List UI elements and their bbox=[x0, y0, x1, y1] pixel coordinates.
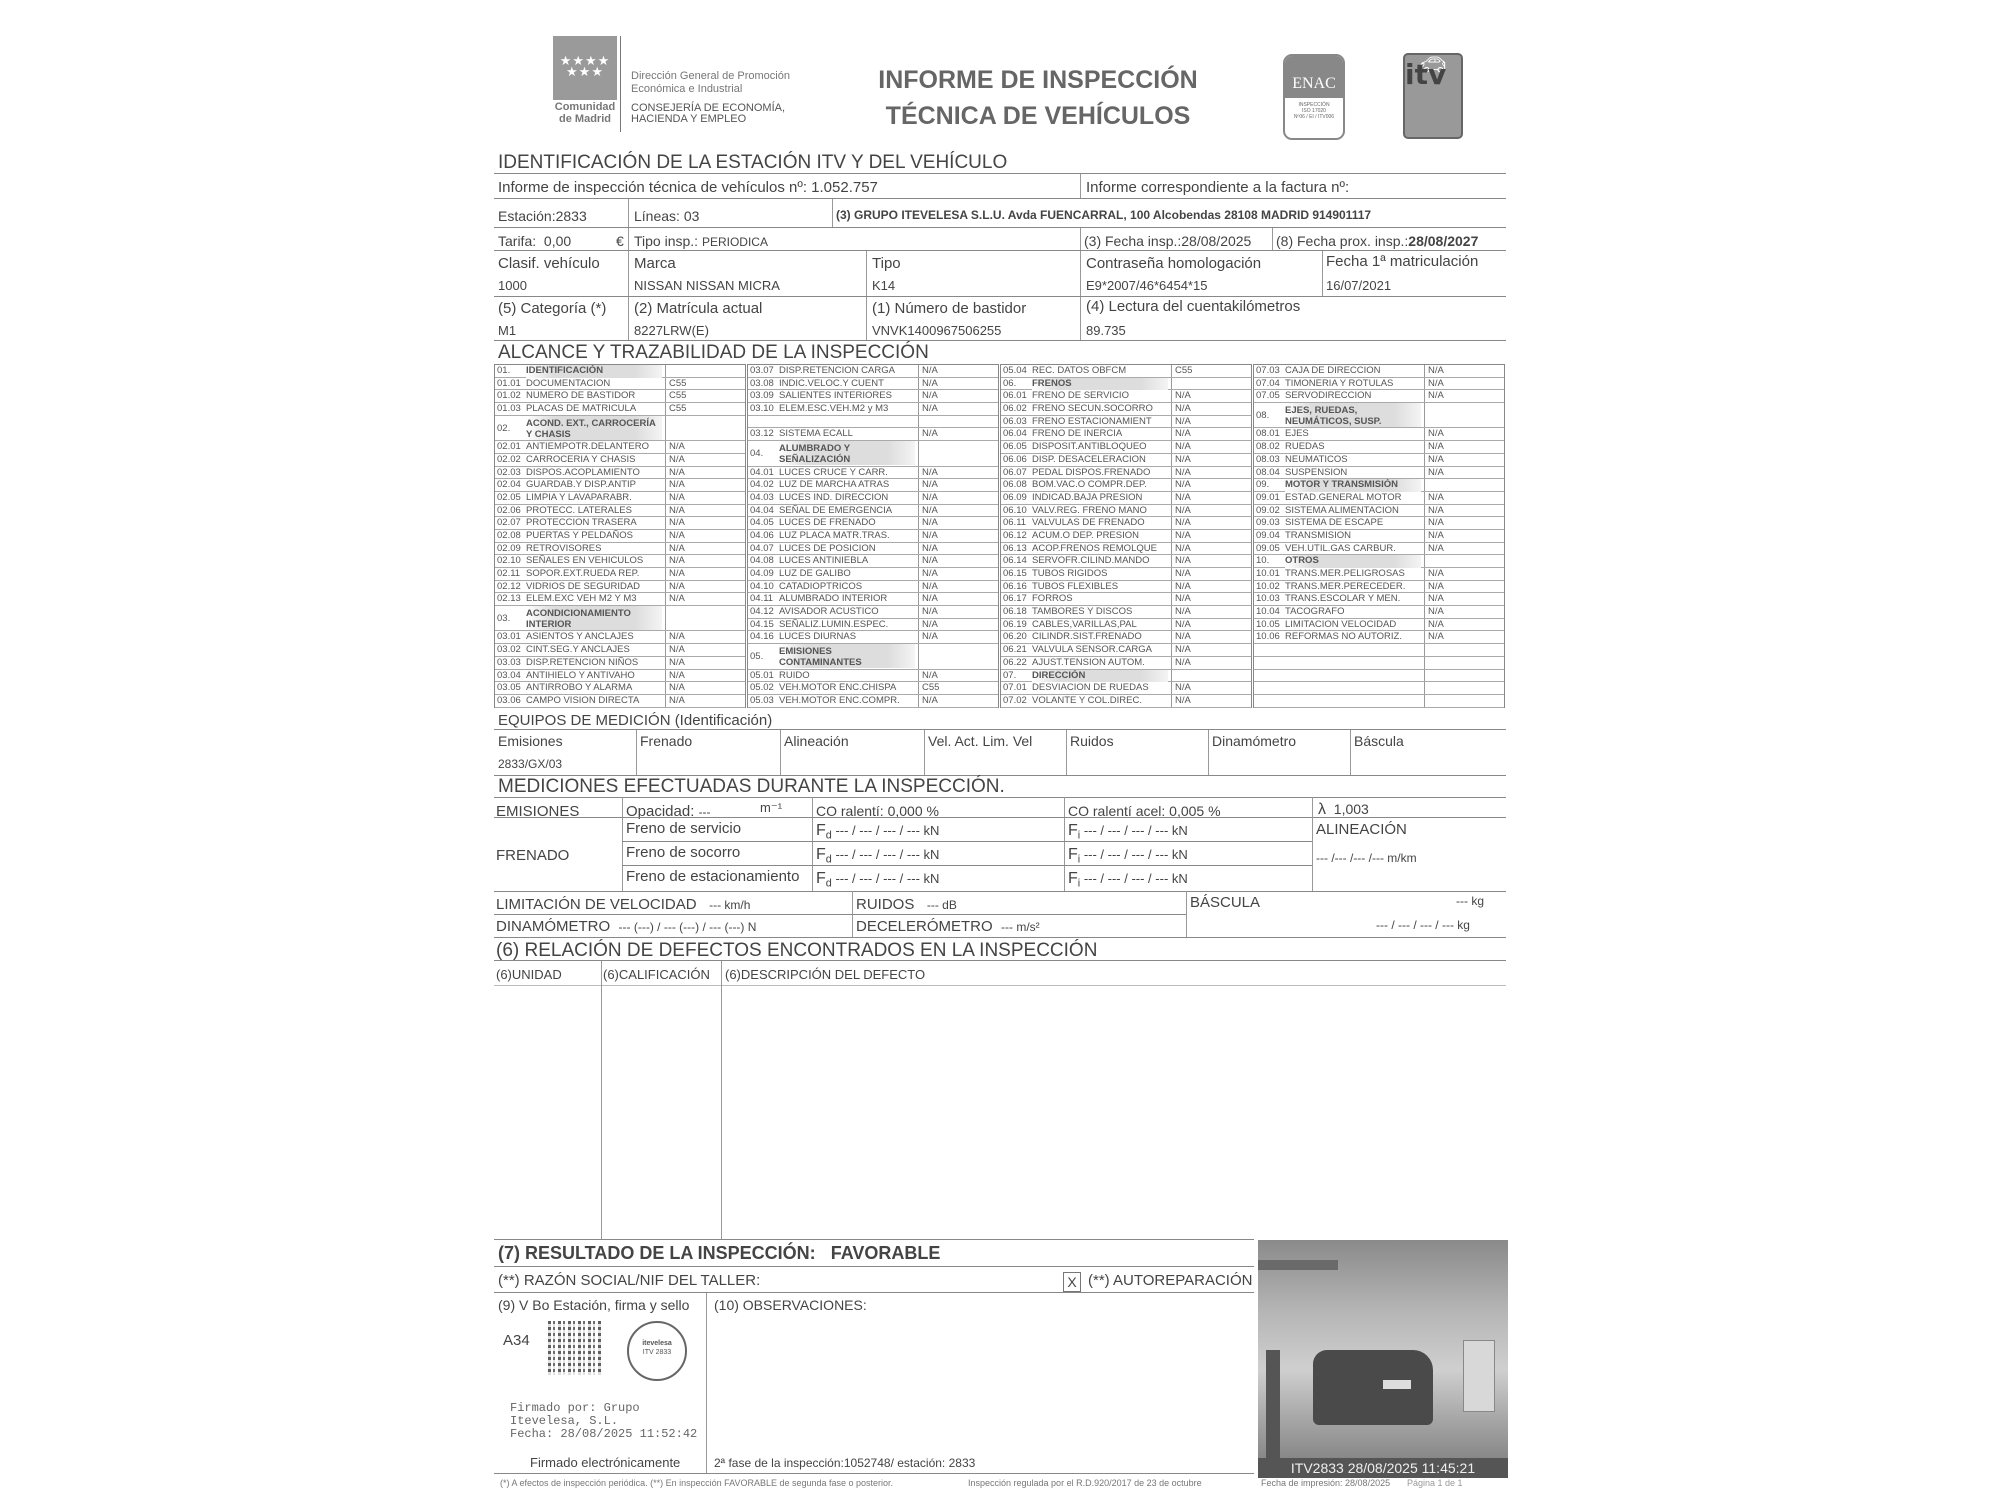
scope-result: N/A bbox=[1424, 441, 1508, 453]
scope-item: INDICAD.BAJA PRESION bbox=[1032, 492, 1192, 505]
equipment-header: Emisiones bbox=[498, 733, 563, 749]
scope-item: RUIDO bbox=[779, 670, 939, 683]
brake-label: Freno de servicio bbox=[626, 820, 741, 837]
scope-code: 04. bbox=[750, 441, 778, 466]
scope-row: 09.05VEH.UTIL.GAS CARBUR.N/A bbox=[1254, 543, 1504, 556]
divider bbox=[1272, 228, 1273, 250]
scope-row: 06.02FRENO SECUN.SOCORRON/A bbox=[1001, 403, 1251, 416]
fi-sub: i bbox=[1078, 878, 1080, 890]
scope-code: 04.09 bbox=[750, 568, 778, 581]
dg-line2: Económica e Industrial bbox=[631, 83, 790, 96]
first-registration-value: 16/07/2021 bbox=[1326, 278, 1391, 293]
scope-result: N/A bbox=[1424, 631, 1508, 643]
scope-result: N/A bbox=[918, 467, 1002, 479]
scope-item: IDENTIFICACIÓN bbox=[526, 365, 662, 378]
scope-item: NUMERO DE BASTIDOR bbox=[526, 390, 686, 403]
scope-result: N/A bbox=[665, 530, 749, 542]
scope-result: N/A bbox=[918, 517, 1002, 529]
lines: Líneas: 03 bbox=[634, 208, 699, 224]
logo-name-line2: de Madrid bbox=[542, 113, 628, 125]
scope-result: N/A bbox=[1171, 530, 1255, 542]
insp-date-label: (3) Fecha insp.: bbox=[1084, 233, 1181, 249]
report-number: Informe de inspección técnica de vehícul… bbox=[498, 179, 878, 196]
scope-item: LUZ PLACA MATR.TRAS. bbox=[779, 530, 939, 543]
scope-result: N/A bbox=[1424, 568, 1508, 580]
scope-row: 07.DIRECCIÓN bbox=[1001, 670, 1251, 683]
itv-badge: itv 🚗︎ bbox=[1403, 53, 1463, 139]
operator: (3) GRUPO ITEVELESA S.L.U. Avda FUENCARR… bbox=[836, 208, 1371, 222]
scope-row: 02.13ELEM.EXC VEH M2 Y M3N/A bbox=[495, 593, 745, 606]
self-repair-checkbox[interactable]: X bbox=[1063, 1272, 1081, 1292]
divider bbox=[494, 729, 1506, 730]
speed-limit: LIMITACIÓN DE VELOCIDAD --- km/h bbox=[496, 896, 750, 913]
scope-code: 04.11 bbox=[750, 593, 778, 606]
cons-line2: HACIENDA Y EMPLEO bbox=[631, 114, 785, 125]
scope-row: 06.03FRENO ESTACIONAMIENTN/A bbox=[1001, 416, 1251, 429]
scope-item: VIDRIOS DE SEGURIDAD bbox=[526, 581, 686, 594]
first-registration-label: Fecha 1ª matriculación bbox=[1326, 253, 1478, 270]
scope-row: 04.16LUCES DIURNASN/A bbox=[748, 631, 998, 644]
scope-row: 02.01ANTIEMPOTR.DELANTERON/A bbox=[495, 441, 745, 454]
scope-code: 06.20 bbox=[1003, 631, 1031, 644]
scope-code: 02.13 bbox=[497, 593, 525, 606]
scope-result: N/A bbox=[1424, 606, 1508, 618]
scope-row: 02.05LIMPIA Y LAVAPARABR.N/A bbox=[495, 492, 745, 505]
fee: Tarifa: 0,00 bbox=[498, 233, 571, 249]
next-date-value: 28/08/2027 bbox=[1408, 233, 1478, 249]
scope-code: 02.08 bbox=[497, 530, 525, 543]
scope-code: 06.13 bbox=[1003, 543, 1031, 556]
equipment-header: Dinamómetro bbox=[1212, 733, 1296, 749]
scope-item: SISTEMA DE ESCAPE bbox=[1285, 517, 1445, 530]
qr-code-icon bbox=[548, 1321, 602, 1375]
scope-result: N/A bbox=[665, 505, 749, 517]
scope-row: 06.01FRENO DE SERVICION/A bbox=[1001, 390, 1251, 403]
category-value: M1 bbox=[498, 323, 516, 338]
footer-note: (*) A efectos de inspección periódica. (… bbox=[500, 1478, 893, 1488]
decel-value: --- m/s² bbox=[1001, 920, 1040, 934]
scope-row: 09.04TRANSMISIONN/A bbox=[1254, 530, 1504, 543]
enac-badge: ENAC INSPECCIÓNISO 17020Nº06 / EI / ITV0… bbox=[1283, 54, 1345, 140]
scope-result: N/A bbox=[1424, 505, 1508, 517]
scope-row: 01.03PLACAS DE MATRICULAC55 bbox=[495, 403, 745, 416]
enac-sub: INSPECCIÓNISO 17020Nº06 / EI / ITV006 bbox=[1285, 98, 1343, 120]
fi-value: --- / --- / --- / --- kN bbox=[1084, 847, 1188, 862]
scope-row: 08.EJES, RUEDAS, NEUMÁTICOS, SUSP. bbox=[1254, 403, 1504, 428]
scope-code: 05. bbox=[750, 644, 778, 669]
scope-code: 07.01 bbox=[1003, 682, 1031, 695]
scope-row: 05.02VEH.MOTOR ENC.CHISPAC55 bbox=[748, 682, 998, 695]
scope-item: ASIENTOS Y ANCLAJES bbox=[526, 631, 686, 644]
scope-code: 06.05 bbox=[1003, 441, 1031, 454]
photo-beam bbox=[1258, 1260, 1338, 1270]
scope-row: 04.02LUZ DE MARCHA ATRASN/A bbox=[748, 479, 998, 492]
model-label: Tipo bbox=[872, 255, 901, 272]
scope-item: FRENO DE SERVICIO bbox=[1032, 390, 1192, 403]
scope-result: N/A bbox=[665, 467, 749, 479]
scope-code: 03.09 bbox=[750, 390, 778, 403]
consejeria-text: CONSEJERÍA DE ECONOMÍA,HACIENDA Y EMPLEO bbox=[631, 103, 785, 125]
scope-code: 04.10 bbox=[750, 581, 778, 594]
scope-row bbox=[748, 416, 998, 429]
fi-value: --- / --- / --- / --- kN bbox=[1084, 823, 1188, 838]
scope-item: DOCUMENTACION bbox=[526, 378, 686, 391]
scope-row: 06.21VALVULA SENSOR.CARGAN/A bbox=[1001, 644, 1251, 657]
self-repair-label: (**) AUTOREPARACIÓN bbox=[1088, 1272, 1252, 1289]
scope-row: 04.07LUCES DE POSICIONN/A bbox=[748, 543, 998, 556]
scope-result: N/A bbox=[1424, 390, 1508, 402]
scope-code: 03. bbox=[497, 606, 525, 631]
scope-result: N/A bbox=[918, 378, 1002, 390]
divider bbox=[1186, 891, 1187, 937]
scope-item: VALVULAS DE FRENADO bbox=[1032, 517, 1192, 530]
scope-item: ESTAD.GENERAL MOTOR bbox=[1285, 492, 1445, 505]
scope-item: FORROS bbox=[1032, 593, 1192, 606]
alignment-value: --- /--- /--- /--- m/km bbox=[1316, 851, 1417, 865]
photo-caption: ITV2833 28/08/2025 11:45:21 bbox=[1258, 1458, 1508, 1478]
scope-item: SUSPENSION bbox=[1285, 467, 1445, 480]
scope-code: 06.14 bbox=[1003, 555, 1031, 568]
scope-item: TRANSMISION bbox=[1285, 530, 1445, 543]
scope-row: 02.03DISPOS.ACOPLAMIENTON/A bbox=[495, 467, 745, 480]
scope-item: NEUMATICOS bbox=[1285, 454, 1445, 467]
divider bbox=[494, 198, 1506, 199]
scope-result: N/A bbox=[665, 479, 749, 491]
brake-fi: Fi --- / --- / --- / --- kN bbox=[1068, 822, 1188, 842]
identification-title: IDENTIFICACIÓN DE LA ESTACIÓN ITV Y DEL … bbox=[498, 152, 1007, 174]
scope-code: 05.02 bbox=[750, 682, 778, 695]
dynamometer: DINAMÓMETRO --- (---) / --- (---) / --- … bbox=[496, 918, 756, 935]
scope-result: N/A bbox=[665, 543, 749, 555]
scope-result: N/A bbox=[918, 670, 1002, 682]
scope-item: LUCES CRUCE Y CARR. bbox=[779, 467, 939, 480]
scope-row: 02.07PROTECCION TRASERAN/A bbox=[495, 517, 745, 530]
scope-item: LUZ DE GALIBO bbox=[779, 568, 939, 581]
class-value: 1000 bbox=[498, 278, 527, 293]
footer-print-date: Fecha de impresión: 28/08/2025 bbox=[1261, 1478, 1390, 1488]
divider bbox=[494, 937, 1506, 938]
scope-row: 02.02CARROCERIA Y CHASISN/A bbox=[495, 454, 745, 467]
divider bbox=[494, 250, 1506, 251]
scope-row: 01.01DOCUMENTACIONC55 bbox=[495, 378, 745, 391]
equipment-header: Alineación bbox=[784, 733, 849, 749]
scope-item: PUERTAS Y PELDAÑOS bbox=[526, 530, 686, 543]
brake-fd: Fd --- / --- / --- / --- kN bbox=[816, 870, 939, 890]
scope-row: 06.16TUBOS FLEXIBLESN/A bbox=[1001, 581, 1251, 594]
itv-label: itv bbox=[1405, 55, 1446, 95]
noise: RUIDOS --- dB bbox=[856, 896, 957, 913]
second-phase: 2ª fase de la inspección:1052748/ estaci… bbox=[714, 1456, 975, 1470]
scope-row: 06.19CABLES,VARILLAS,PALN/A bbox=[1001, 619, 1251, 632]
lines-label: Líneas: bbox=[634, 208, 680, 224]
col-unit: (6)UNIDAD bbox=[496, 967, 562, 982]
scope-code: 03.10 bbox=[750, 403, 778, 416]
divider bbox=[1080, 251, 1081, 297]
scope-item: ALUMBRADO Y SEÑALIZACIÓN bbox=[779, 441, 915, 465]
scope-row bbox=[1254, 657, 1504, 670]
scope-item: TRANS.MER.PELIGROSAS bbox=[1285, 568, 1445, 581]
scope-row: 10.02TRANS.MER.PERECEDER.N/A bbox=[1254, 581, 1504, 594]
divider bbox=[628, 297, 629, 341]
enac-sub3: Nº06 / EI / ITV006 bbox=[1285, 114, 1343, 120]
speed-limit-label: LIMITACIÓN DE VELOCIDAD bbox=[496, 896, 697, 913]
scope-item: ELEM.ESC.VEH.M2 y M3 bbox=[779, 403, 939, 416]
divider bbox=[832, 199, 833, 227]
scope-row bbox=[1254, 695, 1504, 708]
divider bbox=[924, 730, 925, 775]
lambda-value: 1,003 bbox=[1334, 801, 1369, 817]
scope-code: 06.15 bbox=[1003, 568, 1031, 581]
brake-fi: Fi --- / --- / --- / --- kN bbox=[1068, 846, 1188, 866]
scope-code: 02.07 bbox=[497, 517, 525, 530]
scope-item: TIMONERIA Y ROTULAS bbox=[1285, 378, 1445, 391]
scope-result: N/A bbox=[918, 403, 1002, 415]
equipment-header: Frenado bbox=[640, 733, 692, 749]
scope-result: N/A bbox=[1171, 631, 1255, 643]
signature-block: Firmado por: GrupoItevelesa, S.L.Fecha: … bbox=[510, 1402, 697, 1441]
scope-item: CARROCERIA Y CHASIS bbox=[526, 454, 686, 467]
scope-code: 07.03 bbox=[1256, 365, 1284, 378]
scope-item: ANTIRROBO Y ALARMA bbox=[526, 682, 686, 695]
scope-result: N/A bbox=[918, 555, 1002, 567]
scope-result: N/A bbox=[1171, 441, 1255, 453]
scope-result bbox=[1424, 555, 1508, 567]
scope-result: N/A bbox=[1171, 479, 1255, 491]
scope-code: 06.12 bbox=[1003, 530, 1031, 543]
fi-symbol: F bbox=[1068, 846, 1078, 863]
scope-result: N/A bbox=[1171, 492, 1255, 504]
station-value: 2833 bbox=[556, 208, 587, 224]
report-label: Informe de inspección técnica de vehícul… bbox=[498, 179, 807, 196]
scope-result bbox=[918, 441, 1002, 465]
scope-code: 01.02 bbox=[497, 390, 525, 403]
scope-code: 03.01 bbox=[497, 631, 525, 644]
brand-label: Marca bbox=[634, 255, 676, 272]
scope-result: N/A bbox=[1171, 467, 1255, 479]
scope-row: 08.01EJESN/A bbox=[1254, 428, 1504, 441]
scope-result bbox=[1424, 479, 1508, 491]
odometer-label: (4) Lectura del cuentakilómetros bbox=[1086, 298, 1300, 315]
scope-item: CATADIOPTRICOS bbox=[779, 581, 939, 594]
scope-item: SERVOFR.CILIND.MANDO bbox=[1032, 555, 1192, 568]
scope-row: 10.06REFORMAS NO AUTORIZ.N/A bbox=[1254, 631, 1504, 644]
brake-label: Freno de estacionamiento bbox=[626, 868, 799, 885]
divider bbox=[636, 730, 637, 775]
scope-code: 05.01 bbox=[750, 670, 778, 683]
scope-row: 09.MOTOR Y TRANSMISIÓN bbox=[1254, 479, 1504, 492]
scope-result: N/A bbox=[1424, 365, 1508, 377]
decelerometer: DECELERÓMETRO --- m/s² bbox=[856, 918, 1040, 935]
scope-row: 04.12AVISADOR ACUSTICON/A bbox=[748, 606, 998, 619]
fd-value: --- / --- / --- / --- kN bbox=[835, 823, 939, 838]
scope-row: 05.01RUIDON/A bbox=[748, 670, 998, 683]
scope-code: 10.06 bbox=[1256, 631, 1284, 644]
logo-name-line1: Comunidad bbox=[542, 101, 628, 113]
scope-code: 02.12 bbox=[497, 581, 525, 594]
vin-label: (1) Número de bastidor bbox=[872, 300, 1026, 317]
scope-row: 07.04TIMONERIA Y ROTULASN/A bbox=[1254, 378, 1504, 391]
divider bbox=[628, 251, 629, 297]
scope-result: N/A bbox=[918, 581, 1002, 593]
scale-value: --- kg bbox=[1456, 894, 1484, 908]
lines-value: 03 bbox=[684, 208, 700, 224]
footer-page: Página 1 de 1 bbox=[1407, 1478, 1463, 1488]
scope-code: 04.06 bbox=[750, 530, 778, 543]
opacity-unit: m⁻¹ bbox=[760, 800, 782, 816]
fi-symbol: F bbox=[1068, 870, 1078, 887]
scope-result: N/A bbox=[918, 479, 1002, 491]
scope-result: N/A bbox=[918, 619, 1002, 631]
scope-item: CAMPO VISION DIRECTA bbox=[526, 695, 686, 708]
scope-row: 02.09RETROVISORESN/A bbox=[495, 543, 745, 556]
scope-result: N/A bbox=[1424, 454, 1508, 466]
scope-item: TRANS.MER.PERECEDER. bbox=[1285, 581, 1445, 594]
divider bbox=[866, 251, 867, 297]
scope-row: 07.05SERVODIRECCIONN/A bbox=[1254, 390, 1504, 403]
dyno-value: --- (---) / --- (---) / --- (---) N bbox=[619, 920, 757, 934]
currency: € bbox=[616, 233, 624, 249]
scope-code: 10.01 bbox=[1256, 568, 1284, 581]
scope-item: FRENO ESTACIONAMIENT bbox=[1032, 416, 1192, 429]
scope-item: AJUST.TENSION AUTOM. bbox=[1032, 657, 1192, 670]
scope-row: 03.12SISTEMA ECALLN/A bbox=[748, 428, 998, 441]
type-value: PERIODICA bbox=[702, 235, 768, 249]
equipment-value: 2833/GX/03 bbox=[498, 757, 562, 771]
scope-result bbox=[665, 416, 749, 440]
homologation-value: E9*2007/46*6454*15 bbox=[1086, 278, 1207, 293]
scope-row: 02.08PUERTAS Y PELDAÑOSN/A bbox=[495, 530, 745, 543]
fd-sub: d bbox=[826, 878, 832, 890]
scope-row: 04.05LUCES DE FRENADON/A bbox=[748, 517, 998, 530]
scope-item: LUCES ANTINIEBLA bbox=[779, 555, 939, 568]
scope-result bbox=[665, 606, 749, 630]
scope-row: 02.06PROTECC. LATERALESN/A bbox=[495, 505, 745, 518]
scope-row: 04.ALUMBRADO Y SEÑALIZACIÓN bbox=[748, 441, 998, 466]
scope-column: 03.07DISP.RETENCION CARGAN/A03.08INDIC.V… bbox=[747, 364, 999, 708]
scope-result: N/A bbox=[665, 555, 749, 567]
scope-row: 03.04ANTIHIELO Y ANTIVAHON/A bbox=[495, 670, 745, 683]
photo-plate bbox=[1383, 1380, 1411, 1389]
brake-fi: Fi --- / --- / --- / --- kN bbox=[1068, 870, 1188, 890]
scope-row: 03.ACONDICIONAMIENTO INTERIOR bbox=[495, 606, 745, 631]
brake-fd: Fd --- / --- / --- / --- kN bbox=[816, 822, 939, 842]
scope-item: SOPOR.EXT.RUEDA REP. bbox=[526, 568, 686, 581]
scope-item: SEÑALES EN VEHICULOS bbox=[526, 555, 686, 568]
scope-item: SEÑALIZ.LUMIN.ESPEC. bbox=[779, 619, 939, 632]
scope-result: N/A bbox=[918, 631, 1002, 643]
scope-code: 06.18 bbox=[1003, 606, 1031, 619]
scope-row: 07.01DESVIACION DE RUEDASN/A bbox=[1001, 682, 1251, 695]
divider bbox=[628, 199, 629, 227]
scope-result bbox=[1424, 403, 1508, 427]
scope-result: N/A bbox=[918, 365, 1002, 377]
scope-row: 04.08LUCES ANTINIEBLAN/A bbox=[748, 555, 998, 568]
divider bbox=[494, 1473, 1254, 1474]
divider bbox=[812, 797, 813, 892]
scope-result: N/A bbox=[1171, 593, 1255, 605]
scope-result: N/A bbox=[665, 492, 749, 504]
scope-item: GUARDAB.Y DISP.ANTIP bbox=[526, 479, 686, 492]
scope-result: N/A bbox=[918, 543, 1002, 555]
photo-post bbox=[1266, 1350, 1280, 1460]
stamp-text: ITV 2833 bbox=[629, 1348, 685, 1357]
scope-code: 03.02 bbox=[497, 644, 525, 657]
plate-label: (2) Matrícula actual bbox=[634, 300, 762, 317]
scope-code: 06.06 bbox=[1003, 454, 1031, 467]
invoice-label: Informe correspondiente a la factura nº: bbox=[1086, 179, 1349, 196]
scope-item: REC. DATOS OBFCM bbox=[1032, 365, 1192, 378]
scope-item: REFORMAS NO AUTORIZ. bbox=[1285, 631, 1445, 644]
scope-code: 03.08 bbox=[750, 378, 778, 391]
next-inspection-date: (8) Fecha prox. insp.:28/08/2027 bbox=[1276, 233, 1478, 249]
observations-label: (10) OBSERVACIONES: bbox=[714, 1297, 867, 1313]
category-label: (5) Categoría (*) bbox=[498, 300, 606, 317]
scope-result bbox=[1171, 670, 1255, 682]
scope-result: N/A bbox=[1424, 581, 1508, 593]
scope-code: 06.17 bbox=[1003, 593, 1031, 606]
logo-divider bbox=[620, 36, 621, 132]
scope-code: 07.02 bbox=[1003, 695, 1031, 708]
col-rating: (6)CALIFICACIÓN bbox=[603, 967, 710, 982]
scope-item: SISTEMA ECALL bbox=[779, 428, 939, 441]
scope-item: EMISIONES CONTAMINANTES bbox=[779, 644, 915, 668]
scope-row: 01.02NUMERO DE BASTIDORC55 bbox=[495, 390, 745, 403]
scope-row: 08.04SUSPENSIONN/A bbox=[1254, 467, 1504, 480]
scope-item: TRANS.ESCOLAR Y MEN. bbox=[1285, 593, 1445, 606]
scope-row: 07.03CAJA DE DIRECCIONN/A bbox=[1254, 365, 1504, 378]
scope-row: 10.05LIMITACION VELOCIDADN/A bbox=[1254, 619, 1504, 632]
scope-item: FRENO SECUN.SOCORRO bbox=[1032, 403, 1192, 416]
divider bbox=[1080, 174, 1081, 198]
scope-code: 02.03 bbox=[497, 467, 525, 480]
scope-code: 10.04 bbox=[1256, 606, 1284, 619]
scope-row: 02.12VIDRIOS DE SEGURIDADN/A bbox=[495, 581, 745, 594]
scope-item: ACOND. EXT., CARROCERÍA Y CHASIS bbox=[526, 416, 662, 440]
scope-code: 02.05 bbox=[497, 492, 525, 505]
scope-row: 06.07PEDAL DISPOS.FRENADON/A bbox=[1001, 467, 1251, 480]
scope-item: VALVULA SENSOR.CARGA bbox=[1032, 644, 1192, 657]
scope-item: MOTOR Y TRANSMISIÓN bbox=[1285, 479, 1421, 492]
scope-result: N/A bbox=[1171, 644, 1255, 656]
scope-result: N/A bbox=[1171, 517, 1255, 529]
divider bbox=[780, 730, 781, 775]
scope-result: N/A bbox=[665, 593, 749, 605]
scope-result: N/A bbox=[1424, 467, 1508, 479]
scope-result: N/A bbox=[665, 454, 749, 466]
model-value: K14 bbox=[872, 278, 895, 293]
equipment-header: Ruidos bbox=[1070, 733, 1114, 749]
scope-code: 04.12 bbox=[750, 606, 778, 619]
divider bbox=[706, 1293, 707, 1473]
scope-item: DISP.RETENCION NIÑOS bbox=[526, 657, 686, 670]
fd-symbol: F bbox=[816, 822, 826, 839]
braking-label: FRENADO bbox=[496, 847, 569, 864]
scope-row: 04.10CATADIOPTRICOSN/A bbox=[748, 581, 998, 594]
equipment-header: Vel. Act. Lim. Vel bbox=[928, 733, 1032, 749]
scope-code: 09.01 bbox=[1256, 492, 1284, 505]
title-line2: TÉCNICA DE VEHÍCULOS bbox=[868, 98, 1208, 134]
type-label: Tipo insp.: bbox=[634, 233, 698, 249]
insp-date-value: 28/08/2025 bbox=[1181, 233, 1251, 249]
scope-title: ALCANCE Y TRAZABILIDAD DE LA INSPECCIÓN bbox=[498, 342, 929, 364]
scope-result: N/A bbox=[918, 492, 1002, 504]
scope-item: PROTECCION TRASERA bbox=[526, 517, 686, 530]
scope-item: LUCES DE POSICION bbox=[779, 543, 939, 556]
scope-code: 06.22 bbox=[1003, 657, 1031, 670]
scope-result: N/A bbox=[1424, 378, 1508, 390]
scope-code: 06.04 bbox=[1003, 428, 1031, 441]
scope-code: 04.05 bbox=[750, 517, 778, 530]
